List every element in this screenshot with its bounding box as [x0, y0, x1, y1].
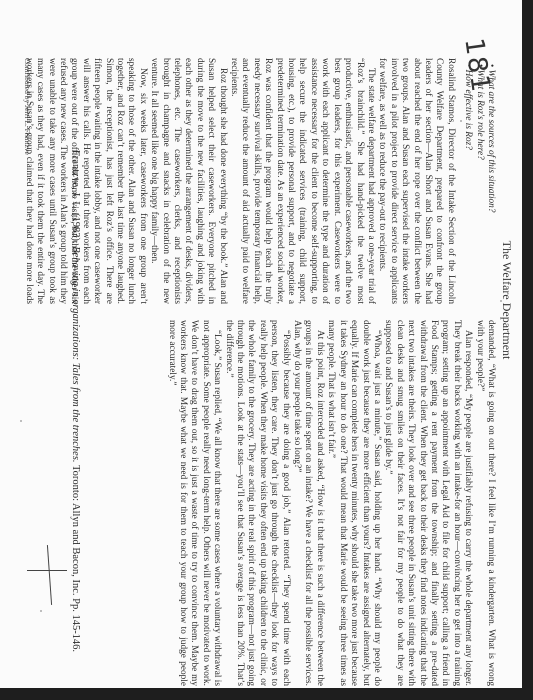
citation-title: Behaving in organizations: Tales from th… — [70, 246, 81, 462]
scan-speck — [500, 300, 502, 302]
right-column: demanded, “What is going on out there? I… — [166, 320, 496, 686]
pen-mark — [27, 570, 67, 571]
scan-speck — [460, 120, 462, 122]
citation-prefix: Frantzve, J. L. (1983). — [70, 150, 81, 246]
question: What are the sources of this situation? — [485, 64, 496, 304]
question: What is Roz's role here? — [473, 64, 484, 304]
citation-suffix: Toronto: Allyn and Bacon, Inc. Pp. 145-1… — [70, 463, 81, 653]
left-column: What are the sources of this situation? … — [26, 58, 496, 304]
contributed-by: Contributed by Jerri L. Frantzve — [23, 58, 32, 155]
paragraph: The state welfare department had approve… — [228, 58, 376, 304]
scan-speck — [40, 610, 42, 612]
discussion-questions: What are the sources of this situation? … — [462, 58, 496, 304]
paragraph: “Possibly because they are doing a good … — [222, 320, 290, 686]
scan-speck — [20, 420, 22, 422]
paragraph: Alan responded, “My people are justifiab… — [382, 320, 473, 686]
question: How effective is Roz? — [462, 64, 473, 304]
scanned-page: 181 The Welfare Department What are the … — [0, 0, 522, 688]
paragraph: At this point, Roz interceded and asked,… — [291, 320, 325, 686]
paragraph: demanded, “What is going on out there? I… — [473, 320, 496, 686]
rotated-document: 181 The Welfare Department What are the … — [0, 0, 522, 688]
paragraph: Now, six weeks later, caseworkers from o… — [26, 58, 148, 304]
paragraph: Roz thought she had done everything “by … — [148, 58, 228, 304]
paragraph: Rosalind Stamos, Director of the Intake … — [376, 58, 456, 304]
citation: Frantzve, J. L. (1983). Behaving in orga… — [69, 150, 82, 670]
pen-underline — [47, 545, 52, 605]
paragraph: “Look,” Susan replied, “We all know that… — [166, 320, 222, 686]
paragraph: “Whoa, wait just a minute,” Susan said, … — [325, 320, 382, 686]
